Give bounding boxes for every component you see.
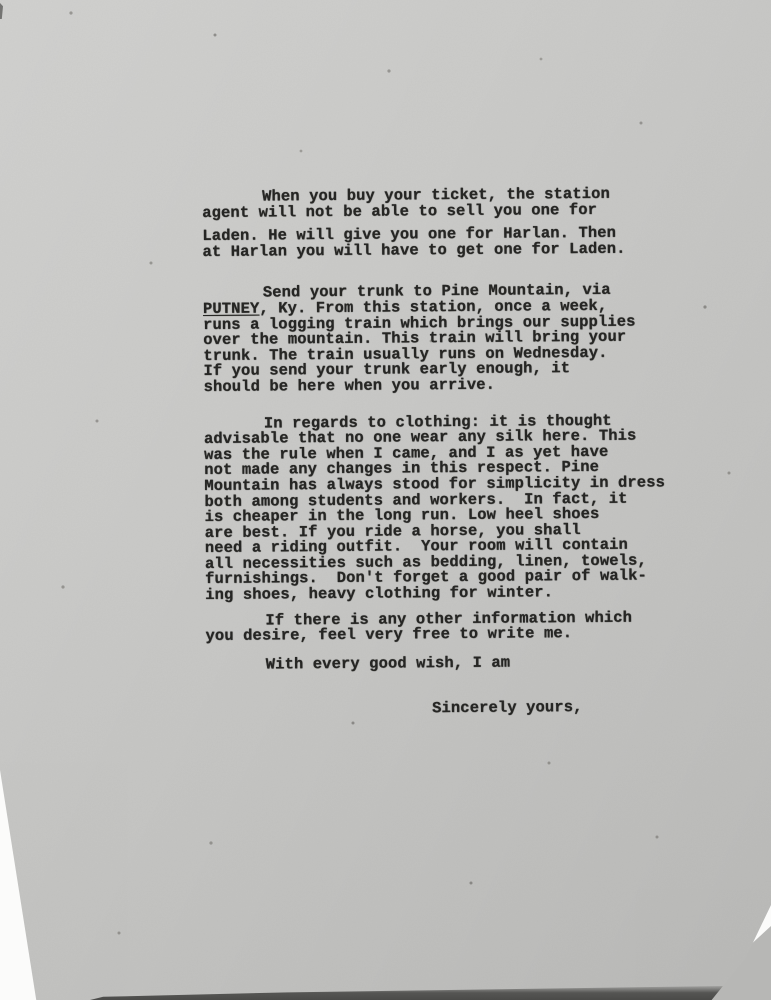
paper-specks [0,0,2,2]
closing-signature: Sincerely yours, [432,700,684,718]
letter-paper: When you buy your ticket, the stationage… [0,0,771,1000]
letter-line: should be here when you arrive. [203,376,681,395]
letter-line: you desire, feel very free to write me. [205,625,683,644]
letter-paragraph: With every good wish, I am [206,654,684,673]
paper-bottom-edge-shadow [90,984,749,1000]
letter-line: agent will not be able to sell you one f… [202,202,680,221]
letter-paragraph: If there is any other information whichy… [205,610,683,645]
letter-paragraph: When you buy your ticket, the stationage… [202,186,681,260]
letter-paragraph: Send your trunk to Pine Mountain, viaPUT… [203,283,682,396]
scanned-letter-page: When you buy your ticket, the stationage… [0,0,771,1000]
letter-paragraph: In regards to clothing: it is thoughtadv… [204,413,683,604]
letter-line: ing shoes, heavy clothing for winter. [205,584,683,603]
letter-line: With every good wish, I am [206,654,684,673]
top-left-corner-nick [0,3,3,19]
letter-body: When you buy your ticket, the stationage… [202,186,684,719]
letter-line: at Harlan you will have to get one for L… [202,241,680,260]
